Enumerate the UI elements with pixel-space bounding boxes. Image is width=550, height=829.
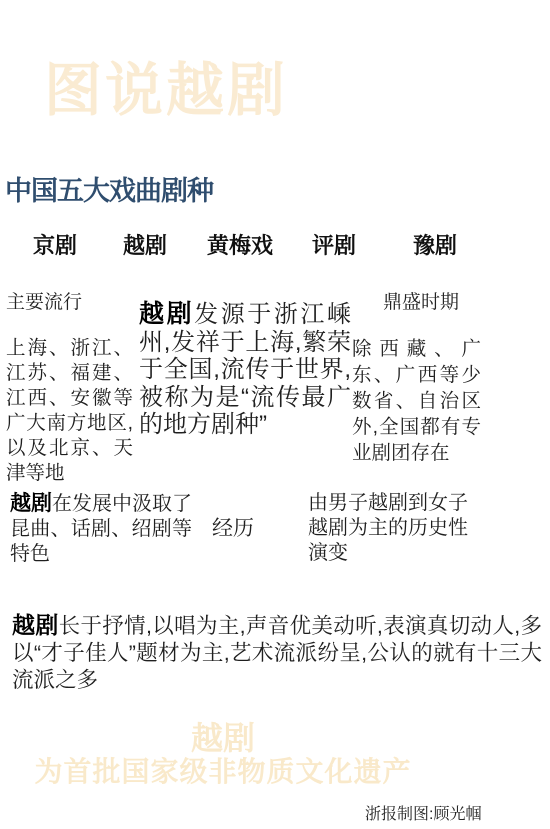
history-center-label: 经历	[212, 516, 254, 541]
artistic-style-paragraph: 越剧长于抒情,以唱为主,声音优美动听,表演真切动人,多以“才子佳人”题材为主,艺…	[12, 612, 542, 694]
style-lead: 越剧	[12, 612, 59, 638]
evolution-paragraph: 由男子越剧到女子越剧为主的历史性演变	[308, 491, 482, 566]
heritage-statement: 越剧 为首批国家级非物质文化遗产	[0, 722, 446, 786]
heritage-line2: 为首批国家级非物质文化遗产	[0, 758, 446, 786]
left-column-heading: 主要流行	[6, 292, 82, 315]
page-title: 图说越剧	[44, 62, 288, 120]
influences-paragraph: 越剧在发展中汲取了昆曲、话剧、绍剧等特色	[10, 491, 192, 567]
style-body: 长于抒情,以唱为主,声音优美动听,表演真切动人,多以“才子佳人”题材为主,艺术流…	[12, 614, 542, 692]
influences-lead: 越剧	[10, 492, 52, 515]
peak-period-paragraph: 除西藏、广东、广西等少数省、自治区外,全国都有专业剧团存在	[352, 336, 481, 466]
genre-pingju: 评剧	[312, 233, 356, 259]
genres-section-heading: 中国五大戏曲剧种	[5, 176, 213, 207]
right-column-heading: 鼎盛时期	[383, 292, 459, 315]
genre-yuju: 豫剧	[413, 233, 457, 259]
infographic-page: 图说越剧 中国五大戏曲剧种 京剧 越剧 黄梅戏 评剧 豫剧 主要流行 上海、浙江…	[0, 0, 550, 829]
popular-regions-paragraph: 上海、浙江、江苏、福建、江西、安徽等广大南方地区,以及北京、天津等地	[6, 336, 133, 486]
genre-jingju: 京剧	[33, 233, 77, 259]
origin-paragraph: 越剧发源于浙江嵊州,发祥于上海,繁荣于全国,流传于世界,被称为是“流传最广的地方…	[139, 301, 351, 439]
origin-lead: 越剧	[139, 300, 194, 328]
credit-line: 浙报制图:顾光帼	[365, 805, 481, 824]
heritage-line1: 越剧	[0, 722, 446, 754]
genre-huangmeixi: 黄梅戏	[207, 233, 273, 259]
genre-yueju: 越剧	[123, 233, 167, 259]
